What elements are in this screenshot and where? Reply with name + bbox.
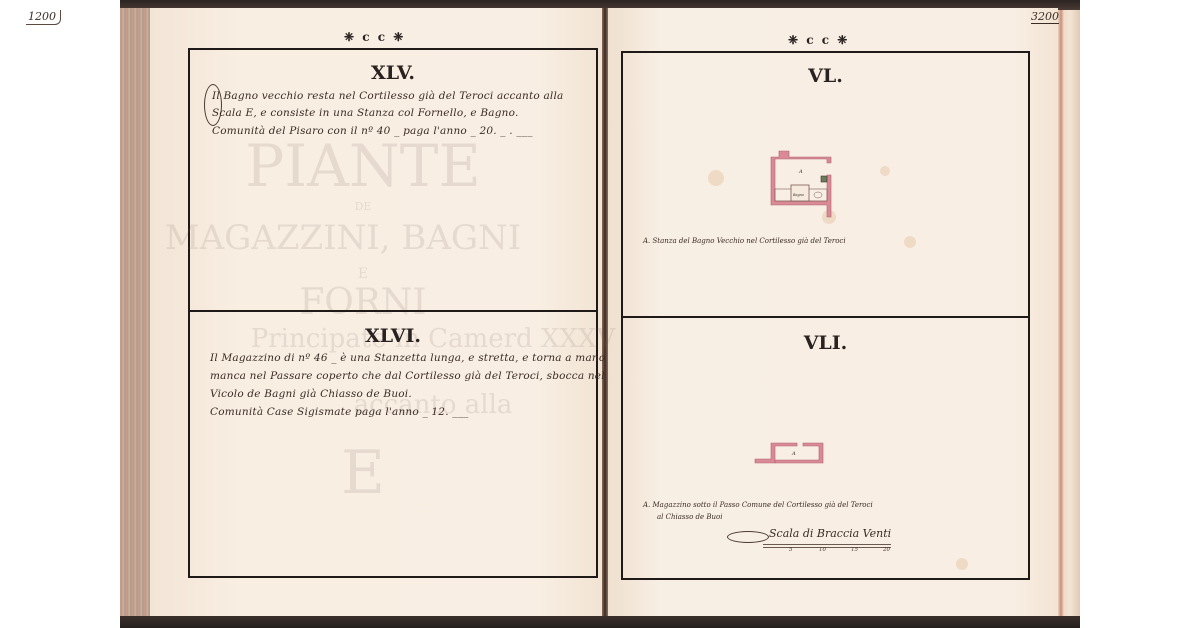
right-folio-number: 3200: [1031, 10, 1059, 24]
plan-caption: A. Magazzino sotto il Passo Comune del C…: [643, 501, 873, 509]
right-header-ornament: ❈ c c ❈: [788, 33, 849, 47]
scale-tick: 20: [883, 547, 890, 553]
plan-caption: A. Stanza del Bagno Vecchio nel Cortiles…: [643, 237, 846, 245]
entry-line: manca nel Passare coperto che dal Cortil…: [210, 370, 605, 382]
panel-divider: [190, 310, 596, 312]
bleed-through-title: PIANTE: [160, 132, 566, 200]
svg-text:A: A: [791, 451, 796, 457]
right-page-frame: VL. A Bagno A. Stanza del Bagno Vecchio …: [621, 51, 1030, 580]
scale-tick: 10: [819, 547, 826, 553]
page-block-left-edge: [120, 8, 154, 616]
bleed-through-text: E: [160, 438, 566, 508]
bleed-through-text: FORNI: [160, 282, 566, 323]
entry-line: Comunità del Pisaro con il nº 40 _ paga …: [212, 125, 533, 137]
panel-numeral: XLV.: [190, 62, 596, 84]
book-cover-bottom: [120, 616, 1080, 628]
panel-numeral: VL.: [623, 65, 1028, 87]
bleed-through-text: DE: [160, 200, 566, 213]
scale-bar: [763, 544, 891, 548]
panel-numeral: XLVI.: [190, 325, 596, 347]
bleed-through-text: E: [160, 266, 566, 282]
entry-line: Il Bagno vecchio resta nel Cortilesso gi…: [212, 90, 564, 102]
page-block-right-edge: [1058, 10, 1080, 616]
scale-flourish-icon: [727, 531, 769, 543]
entry-line: Il Magazzino di nº 46 _ è una Stanzetta …: [210, 352, 605, 364]
scale-tick: 15: [851, 547, 858, 553]
entry-line: Vicolo de Bagni già Chiasso de Buoi.: [210, 388, 412, 400]
entry-line: Comunità Case Sigismate paga l'anno _ 12…: [210, 406, 469, 418]
entry-line: Scala E, e consiste in una Stanza col Fo…: [212, 107, 519, 119]
floor-plan-magazine-icon: A: [753, 439, 833, 469]
scale-tick: 5: [789, 547, 793, 553]
floor-plan-bath-icon: A Bagno: [769, 147, 841, 219]
left-page-frame: PIANTE DE MAGAZZINI, BAGNI E FORNI Princ…: [188, 48, 598, 578]
plan-caption: al Chiasso de Buoi: [657, 513, 723, 521]
panel-divider: [623, 316, 1028, 318]
bleed-through-text: MAGAZZINI, BAGNI: [140, 218, 546, 258]
svg-text:A: A: [798, 169, 803, 175]
scale-title: Scala di Braccia Venti: [769, 527, 891, 540]
panel-numeral: VLI.: [623, 332, 1028, 354]
left-header-ornament: ❈ c c ❈: [344, 30, 405, 44]
svg-text:Bagno: Bagno: [792, 193, 804, 197]
left-folio-number: 1200: [26, 10, 61, 25]
